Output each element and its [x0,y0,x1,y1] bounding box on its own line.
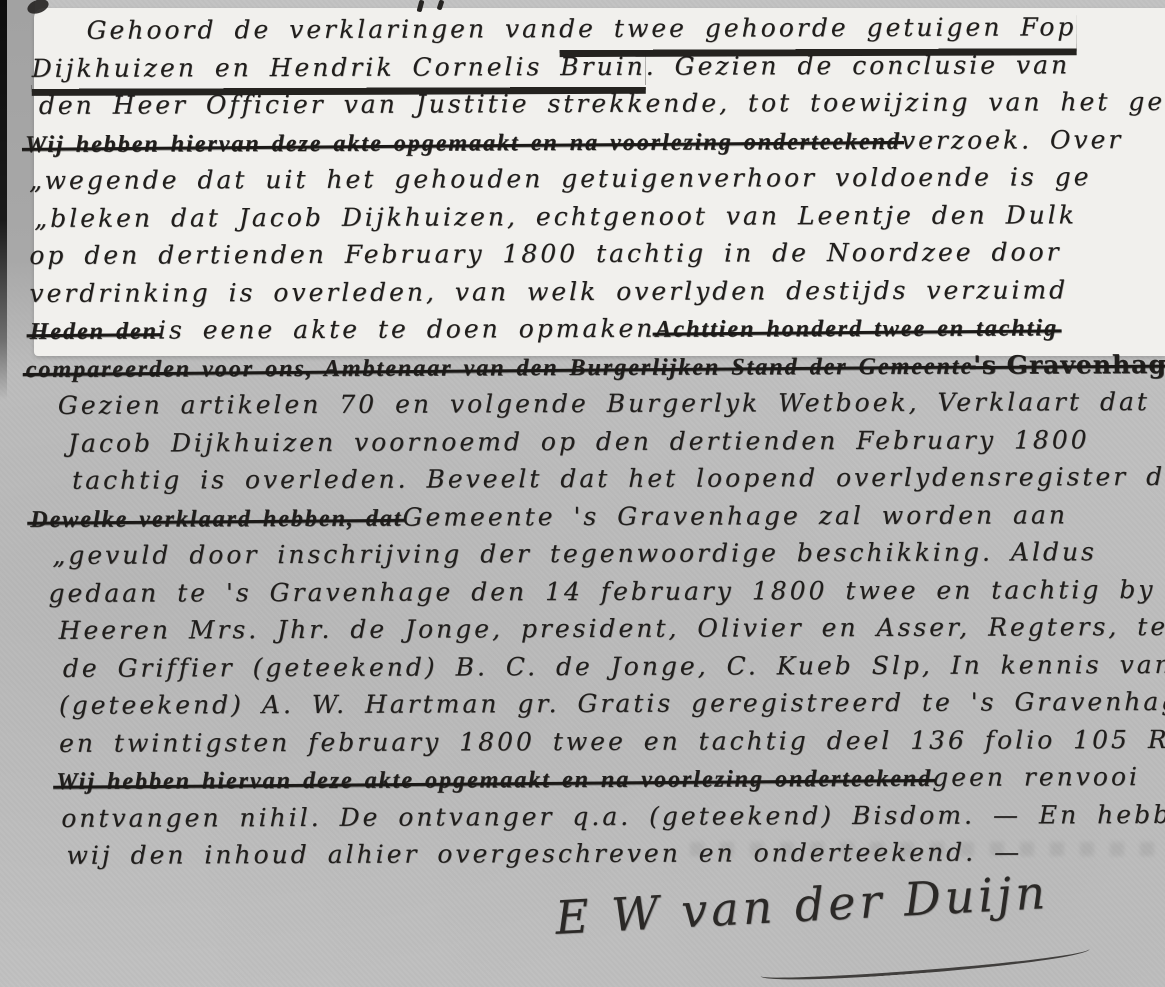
text-segment: . Gezien de conclusie van [646,46,1071,85]
document-line: de Griffier (geteekend) B. C. de Jonge, … [1,645,1165,687]
document-line: verdrinking is overleden, van welk overl… [0,270,1165,312]
text-segment: gedaan te 's Gravenhage den 14 february … [48,570,1165,612]
document-line: den Heer Officier van Justitie strekkend… [0,83,1164,125]
text-segment: Gezien artikelen 70 en volgende Burgerly… [58,383,1150,424]
text-segment: Wij hebben hiervan deze akte opgemaakt e… [56,761,932,802]
text-segment: verzoek. Over [901,121,1123,159]
document-line: Gezien artikelen 70 en volgende Burgerly… [0,383,1165,425]
text-segment: ontvangen nihil. De ontvanger q.a. (gete… [61,795,1165,837]
document-lines: Gehoord de verklaringen van de twee geho… [0,8,1165,875]
text-segment: tachtig is overleden. Beveelt dat het lo… [72,458,1165,499]
document-line: Wij hebben hiervan deze akte opgemaakt e… [1,758,1165,800]
text-segment: Gehoord de verklaringen van [86,10,559,49]
document-line: Dijkhuizen en Hendrik Cornelis Bruin. Ge… [0,45,1164,87]
text-segment: is eene akte te doen opmaken [158,310,656,349]
document-line: op den dertienden February 1800 tachtig … [0,233,1164,275]
text-segment: geen renvooi [932,758,1140,796]
text-segment: Heeren Mrs. Jhr. de Jonge, president, Ol… [59,607,1165,649]
document-line: „gevuld door inschrijving der tegenwoord… [0,533,1165,575]
text-segment: verdrinking is overleden, van welk overl… [29,271,1068,312]
document-line: ontvangen nihil. De ontvanger q.a. (gete… [1,795,1165,837]
document-line: en twintigsten february 1800 twee en tac… [1,720,1165,762]
text-segment: de twee gehoorde getuigen Fop [559,8,1076,49]
document-line: Heden den is eene akte te doen opmaken A… [0,308,1165,350]
document-line: „bleken dat Jacob Dijkhuizen, echtgenoot… [0,195,1164,237]
text-segment: Dewelke verklaard hebben, dat [30,500,402,539]
signature-flourish [760,941,1091,985]
text-segment: den Heer Officier van Justitie strekkend… [39,83,1165,125]
document-line: Dewelke verklaard hebben, dat Gemeente '… [0,495,1165,537]
text-segment: „bleken dat Jacob Dijkhuizen, echtgenoot… [34,196,1077,237]
text-segment: Wij hebben hiervan deze akte opgemaakt e… [25,123,901,164]
text-segment: „wegende dat uit het gehouden getuigenve… [29,158,1092,199]
signature: E W van der Duijn [554,865,1050,945]
document-line: gedaan te 's Gravenhage den 14 february … [0,570,1165,612]
text-segment: „gevuld door inschrijving der tegenwoord… [52,533,1097,574]
text-segment: op den dertienden February 1800 tachtig … [29,233,1061,274]
text-segment: Heden den [30,313,158,351]
text-segment: Achttien honderd twee en tachtig [655,310,1058,349]
document-line: compareerden voor ons, Ambtenaar van den… [0,345,1165,387]
text-segment: Jacob Dijkhuizen voornoemd op den dertie… [68,421,1090,462]
text-segment: Dijkhuizen en Hendrik Cornelis Bruin [32,47,646,89]
document-line: (geteekend) A. W. Hartman gr. Gratis ger… [1,683,1165,725]
document-line: tachtig is overleden. Beveelt dat het lo… [0,458,1165,500]
text-segment: de Griffier (geteekend) B. C. de Jonge, … [63,645,1165,687]
text-segment: (geteekend) A. W. Hartman gr. Gratis ger… [59,682,1165,724]
text-segment: en twintigsten february 1800 twee en tac… [59,719,1165,761]
document-line: Jacob Dijkhuizen voornoemd op den dertie… [0,420,1165,462]
bleedthrough-marks [690,842,1160,856]
text-segment: Gemeente 's Gravenhage zal worden aan [402,496,1068,536]
scanned-document-page: Gehoord de verklaringen van de twee geho… [0,0,1165,987]
document-line: Wij hebben hiervan deze akte opgemaakt e… [0,120,1164,162]
text-segment: compareerden voor ons, Ambtenaar van den… [26,348,974,389]
document-line: Heeren Mrs. Jhr. de Jonge, president, Ol… [1,608,1165,650]
text-segment: 's Gravenhage [973,345,1165,383]
document-line: „wegende dat uit het gehouden getuigenve… [0,158,1164,200]
document-line: Gehoord de verklaringen van de twee geho… [0,8,1164,50]
